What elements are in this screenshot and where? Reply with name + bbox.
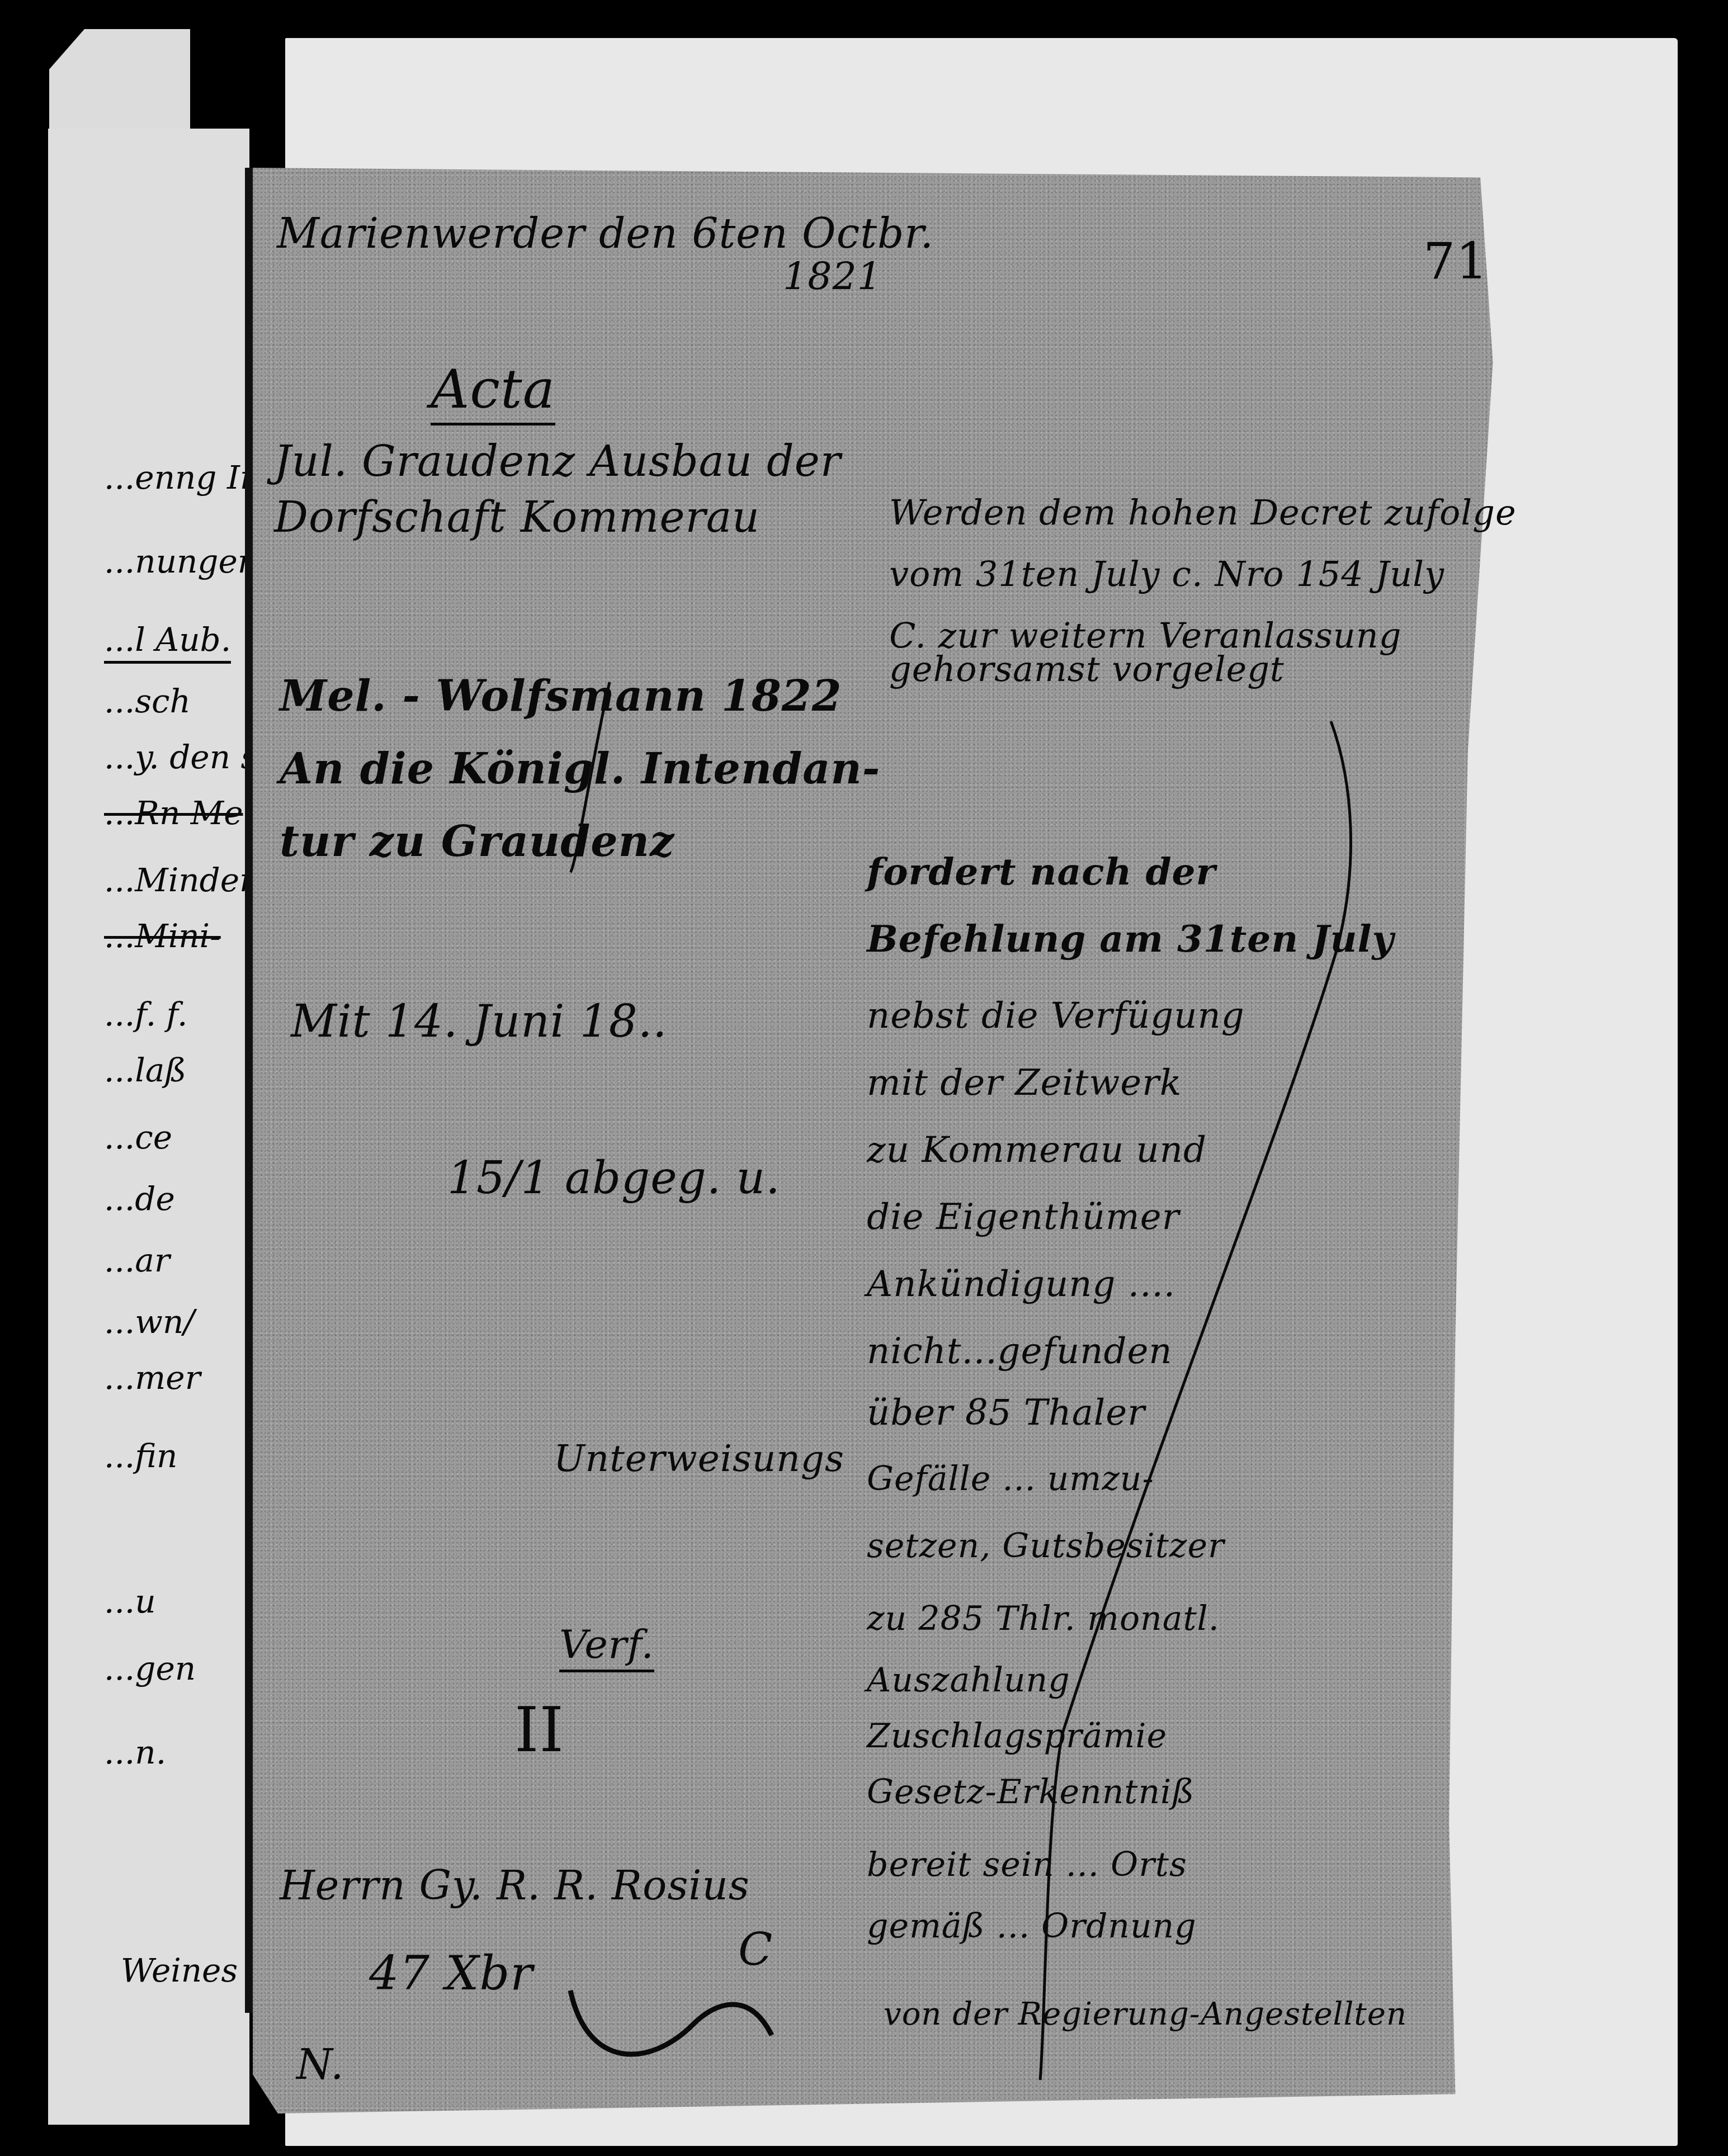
strip-fragment: ...mer	[104, 1359, 200, 1397]
left-margin-strip: ...enng Instruk- ...nungen ... ...l Aub.…	[48, 129, 249, 2125]
subject-line-1: Jul. Graudenz Ausbau der	[274, 436, 841, 486]
body-line: Gesetz-Erkenntniß	[867, 1772, 1195, 1812]
left-page-stub	[49, 29, 190, 130]
body-line: fordert nach der	[867, 850, 1216, 893]
note-line-3: tur zu Graudenz	[280, 816, 674, 866]
middle-word: Unterweisungs	[554, 1437, 844, 1480]
place-date-line: Marienwerder den 6ten Octbr.	[277, 210, 934, 258]
body-line: nebst die Verfügung	[867, 995, 1245, 1037]
strip-fragment: ...Mini-	[104, 917, 221, 955]
strip-fragment: ...sch	[104, 682, 191, 720]
strip-fragment: ...Rn Me	[104, 794, 243, 832]
strip-fragment: ...de	[104, 1180, 175, 1218]
body-line: zu Kommerau und	[867, 1129, 1207, 1171]
note-line-2: An die Königl. Intendan-	[280, 744, 880, 793]
body-line: die Eigenthümer	[867, 1197, 1179, 1238]
amount: 47 Xbr	[369, 1946, 533, 2001]
addressee: Herrn Gy. R. R. Rosius	[280, 1862, 750, 1909]
strip-fragment: ...gen	[104, 1649, 196, 1687]
strip-fragment: ...ar	[104, 1241, 170, 1279]
subject-line-2: Dorfschaft Kommerau	[274, 492, 760, 542]
body-line: Ankündigung ....	[867, 1264, 1175, 1305]
body-line: mit der Zeitwerk	[867, 1062, 1182, 1104]
body-line: nicht...gefunden	[867, 1331, 1173, 1372]
abbrev-note: Verf.	[559, 1621, 654, 1672]
decree-line-4: gehorsamst vorgelegt	[889, 649, 1285, 689]
body-line: Auszahlung	[867, 1661, 1070, 1700]
decree-line-1: Werden dem hohen Decret zufolge	[889, 492, 1517, 533]
note-line-1: Mel. - Wolfsmann 1822	[280, 671, 842, 721]
strip-fragment: ...fin	[104, 1437, 177, 1475]
body-line: über 85 Thaler	[867, 1392, 1145, 1434]
strip-fragment: ...laß	[104, 1051, 186, 1089]
dated-note: Mit 14. Juni 18..	[291, 995, 668, 1047]
strip-fragment: ...l Aub.	[104, 621, 231, 664]
body-line: bereit sein ... Orts	[867, 1845, 1187, 1884]
page-edge-divider	[245, 168, 254, 2013]
bottom-letter: N.	[296, 2041, 344, 2089]
body-line: von der Regierung-Angestellten	[884, 1996, 1407, 2032]
mark-c: C	[738, 1923, 773, 1975]
body-line: Befehlung am 31ten July	[867, 917, 1394, 961]
year: 1821	[783, 254, 882, 299]
body-line: Zuschlagsprämie	[867, 1717, 1167, 1756]
roman-numeral: II	[514, 1694, 564, 1766]
strip-fragment: ...ce	[104, 1118, 172, 1156]
strip-fragment: ...n.	[104, 1733, 166, 1771]
strip-fragment: ...u	[104, 1582, 156, 1620]
reference-note: 15/1 abgeg. u.	[447, 1152, 781, 1204]
body-line: zu 285 Thlr. monatl.	[867, 1599, 1220, 1638]
body-line: Gefälle ... umzu-	[867, 1459, 1154, 1498]
acta-label: Acta	[431, 358, 555, 425]
folio-number: 71	[1423, 232, 1489, 291]
body-line: setzen, Gutsbesitzer	[867, 1526, 1225, 1566]
strip-fragment: Weines	[121, 1951, 238, 1989]
strip-fragment: ...f. f.	[104, 995, 187, 1033]
body-line: gemäß ... Ordnung	[867, 1907, 1197, 1946]
strip-fragment: ...wn/	[104, 1303, 195, 1341]
decree-line-2: vom 31ten July c. Nro 154 July	[889, 554, 1444, 594]
